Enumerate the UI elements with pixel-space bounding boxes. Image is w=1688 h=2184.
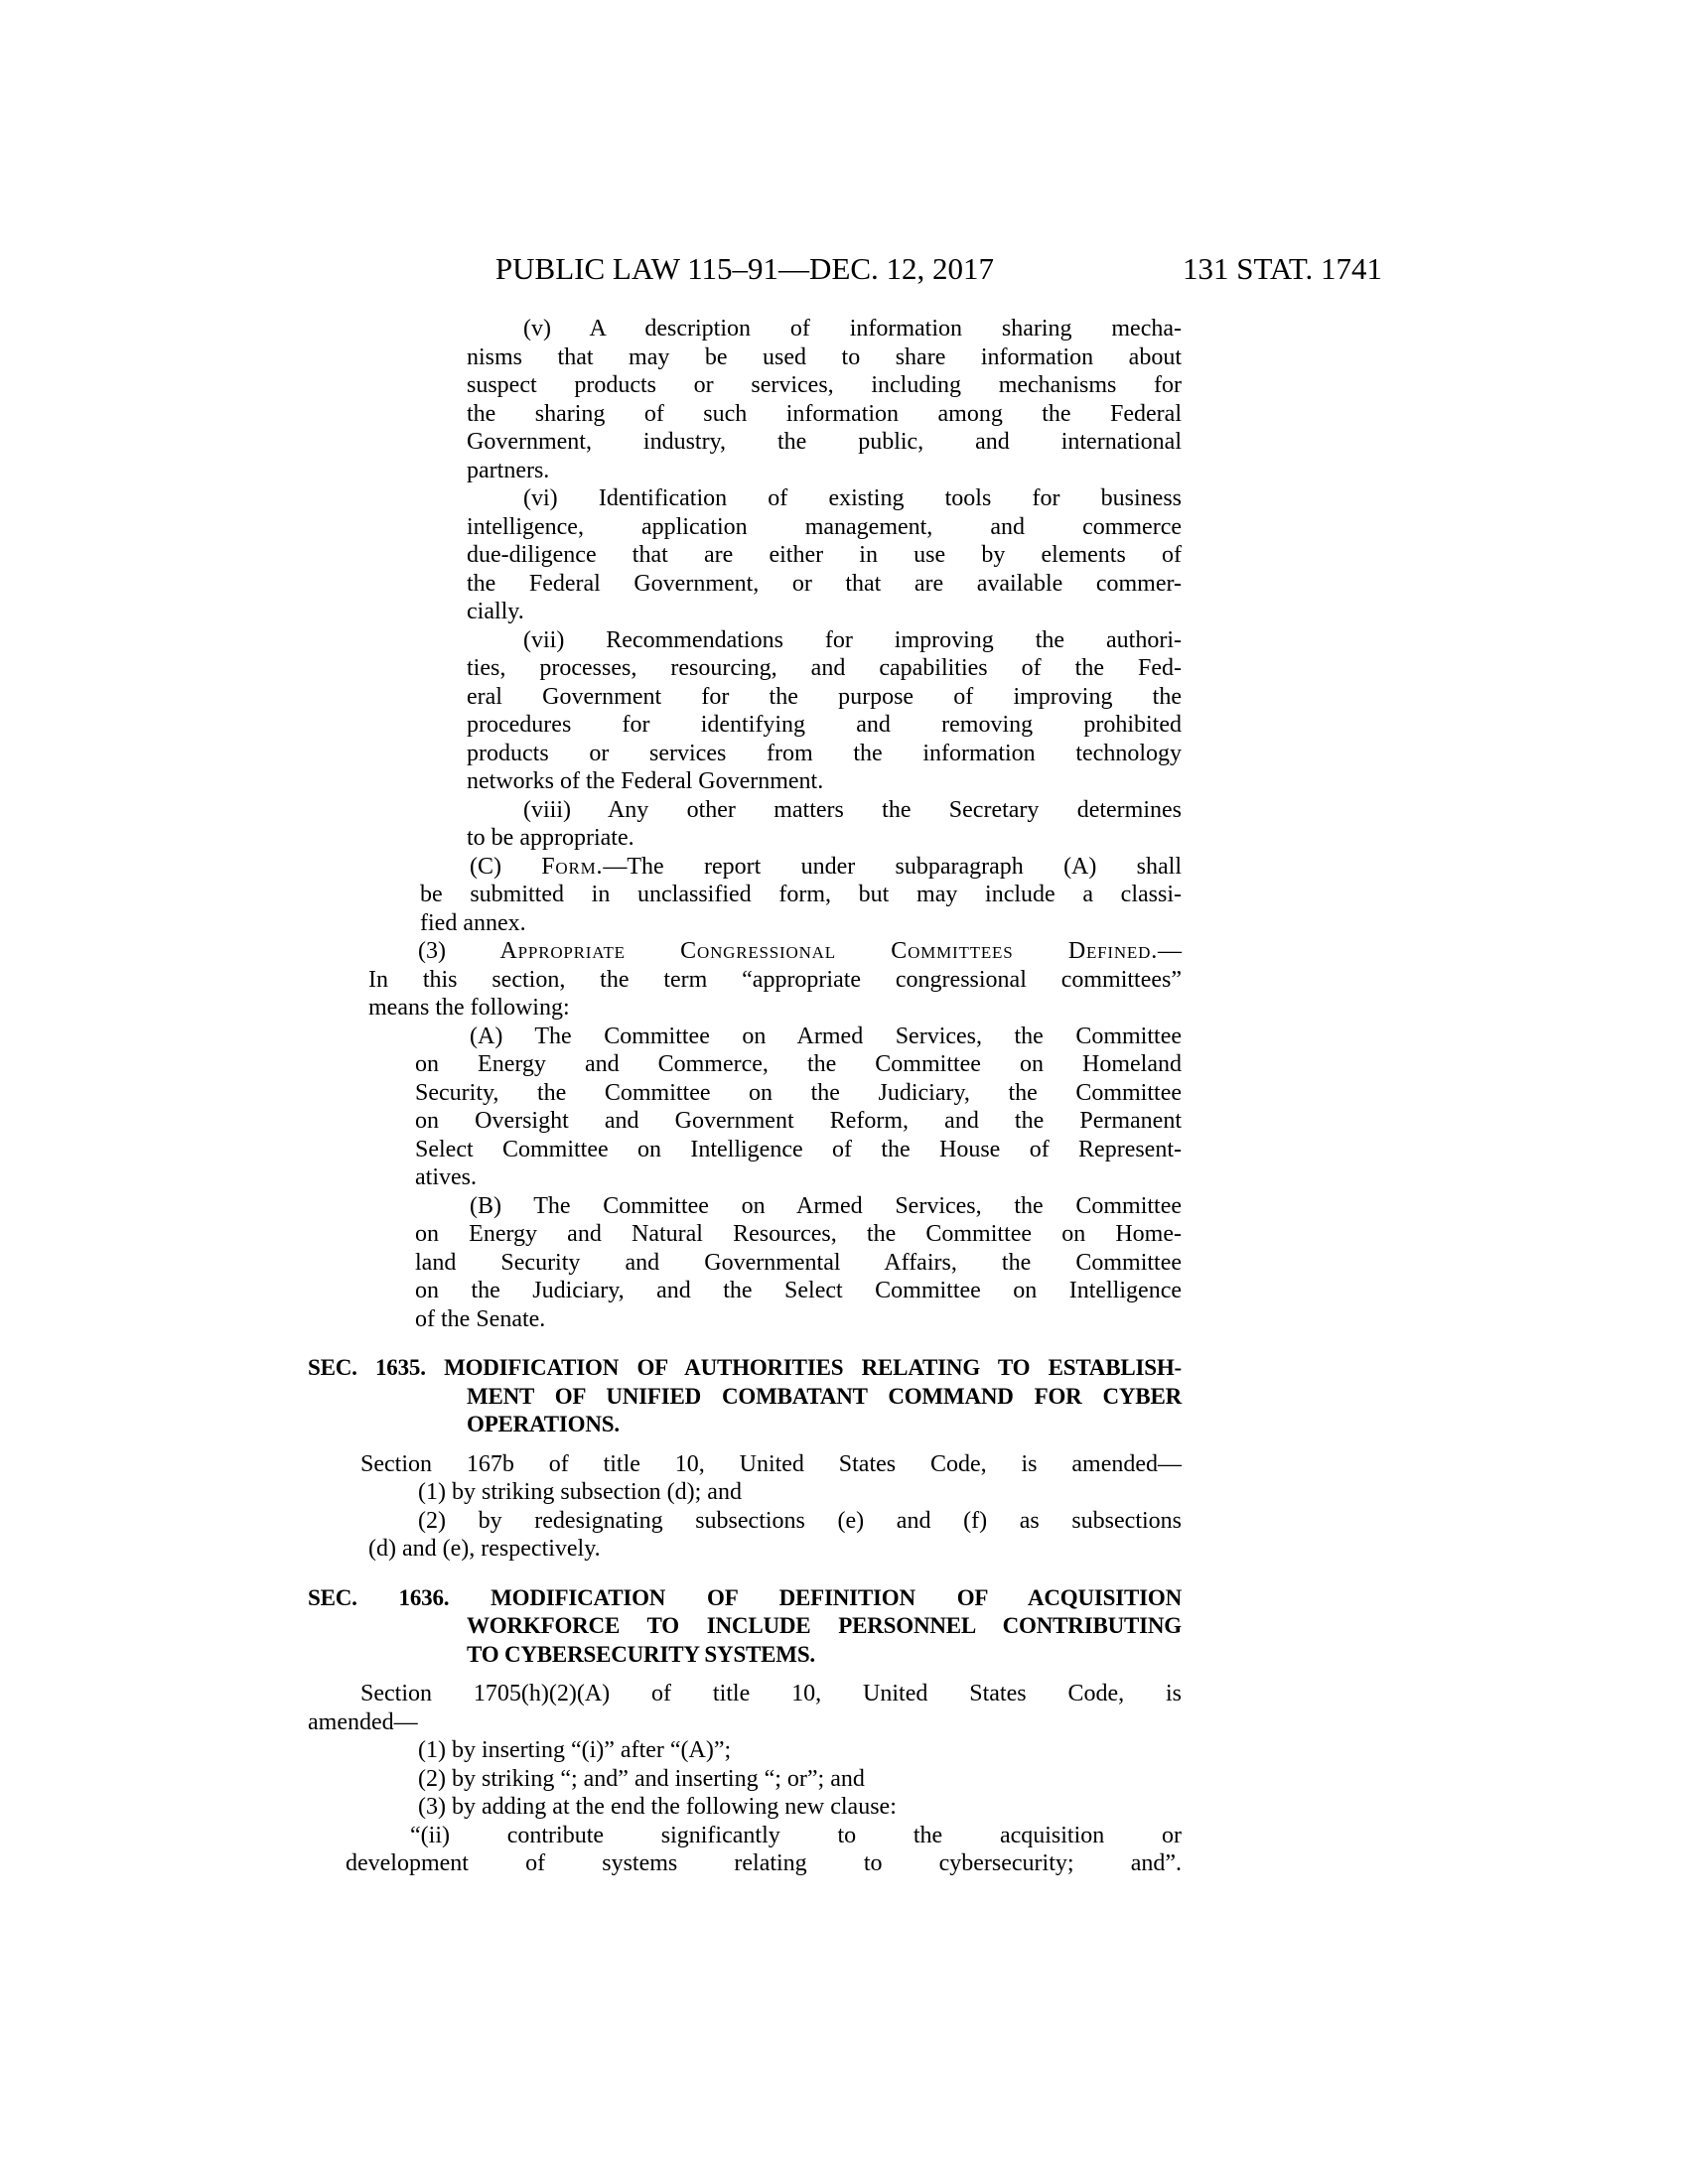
text-line: products or services from the informatio… [467, 740, 1182, 768]
para-subpara-B-senate: (B) The Committee on Armed Services, the… [415, 1192, 1182, 1334]
small-caps-term: Appropriate Congressional Committees Def… [500, 938, 1158, 964]
text-line: (vi) Identification of existing tools fo… [467, 484, 1182, 513]
text-line: the sharing of such information among th… [467, 400, 1182, 429]
text-line: cially. [467, 598, 1182, 626]
text-line: (B) The Committee on Armed Services, the… [415, 1192, 1182, 1221]
text-line: (1) by striking subsection (d); and [368, 1478, 1182, 1507]
text-line: Select Committee on Intelligence of the … [415, 1136, 1182, 1164]
text-line: MENT OF UNIFIED COMBATANT COMMAND FOR CY… [467, 1383, 1182, 1412]
text-line: ties, processes, resourcing, and capabil… [467, 654, 1182, 683]
page-title: PUBLIC LAW 115–91—DEC. 12, 2017 [308, 252, 1182, 286]
text-line: due-diligence that are either in use by … [467, 541, 1182, 570]
text-line: (vii) Recommendations for improving the … [467, 626, 1182, 655]
text-line: be submitted in unclassified form, but m… [420, 881, 1182, 909]
text-line: SEC. 1636. MODIFICATION OF DEFINITION OF… [308, 1584, 1182, 1613]
text-line: (A) The Committee on Armed Services, the… [415, 1023, 1182, 1051]
text-line: eral Government for the purpose of impro… [467, 683, 1182, 712]
text-line: (3) Appropriate Congressional Committees… [368, 937, 1182, 966]
text-line: Section 1705(h)(2)(A) of title 10, Unite… [308, 1680, 1182, 1708]
text-line: (v) A description of information sharing… [467, 315, 1182, 343]
text-line: (d) and (e), respectively. [368, 1535, 1182, 1564]
text-line: TO CYBERSECURITY SYSTEMS. [467, 1641, 1182, 1670]
running-head: PUBLIC LAW 115–91—DEC. 12, 2017 131 STAT… [308, 252, 1382, 292]
text-line: suspect products or services, including … [467, 371, 1182, 400]
text-line: of the Senate. [415, 1305, 1182, 1334]
para-clause-v: (v) A description of information sharing… [467, 315, 1182, 484]
text-line: (2) by redesignating subsections (e) and… [368, 1507, 1182, 1536]
text-line: means the following: [368, 994, 1182, 1023]
para-subpara-C-form: (C) Form.—The report under subparagraph … [420, 853, 1182, 938]
text-line: WORKFORCE TO INCLUDE PERSONNEL CONTRIBUT… [467, 1612, 1182, 1641]
text-line: networks of the Federal Government. [467, 767, 1182, 796]
para-3-committees-defined: (3) Appropriate Congressional Committees… [368, 937, 1182, 1023]
sec-1635-heading: SEC. 1635. MODIFICATION OF AUTHORITIES R… [467, 1354, 1182, 1439]
sec-1636-item-3: (3) by adding at the end the following n… [368, 1793, 1182, 1822]
text-line: (C) Form.—The report under subparagraph … [420, 853, 1182, 882]
text-line: (viii) Any other matters the Secretary d… [467, 796, 1182, 825]
text-line: Government, industry, the public, and in… [467, 428, 1182, 457]
text-line: on Energy and Natural Resources, the Com… [415, 1220, 1182, 1249]
para-clause-viii: (viii) Any other matters the Secretary d… [467, 796, 1182, 853]
sec-1636-heading: SEC. 1636. MODIFICATION OF DEFINITION OF… [467, 1584, 1182, 1670]
text-line: on the Judiciary, and the Select Committ… [415, 1277, 1182, 1305]
text-line: intelligence, application management, an… [467, 513, 1182, 542]
text-line: partners. [467, 457, 1182, 485]
text-line: In this section, the term “appropriate c… [368, 966, 1182, 995]
text-line: (3) by adding at the end the following n… [368, 1793, 1182, 1822]
statute-page: PUBLIC LAW 115–91—DEC. 12, 2017 131 STAT… [0, 0, 1688, 2184]
statute-text-column: (v) A description of information sharing… [308, 315, 1182, 1878]
text-line: OPERATIONS. [467, 1411, 1182, 1439]
para-clause-vi: (vi) Identification of existing tools fo… [467, 484, 1182, 626]
statute-page-number: 131 STAT. 1741 [1183, 252, 1382, 286]
text-line: “(ii) contribute significantly to the ac… [346, 1822, 1182, 1850]
sec-1635-intro: Section 167b of title 10, United States … [308, 1450, 1182, 1479]
text-line: amended— [308, 1708, 1182, 1737]
text-line: development of systems relating to cyber… [346, 1849, 1182, 1878]
text-line: nisms that may be used to share informat… [467, 343, 1182, 372]
sec-1636-intro: Section 1705(h)(2)(A) of title 10, Unite… [308, 1680, 1182, 1736]
text-line: atives. [415, 1163, 1182, 1192]
text-line: the Federal Government, or that are avai… [467, 570, 1182, 599]
small-caps-term: Form. [541, 854, 603, 880]
sec-1635-item-1: (1) by striking subsection (d); and [368, 1478, 1182, 1507]
text-line: (2) by striking “; and” and inserting “;… [368, 1765, 1182, 1794]
para-clause-vii: (vii) Recommendations for improving the … [467, 626, 1182, 796]
sec-1635-item-2: (2) by redesignating subsections (e) and… [368, 1507, 1182, 1564]
text-line: SEC. 1635. MODIFICATION OF AUTHORITIES R… [308, 1354, 1182, 1383]
text-line: procedures for identifying and removing … [467, 711, 1182, 740]
text-line: Security, the Committee on the Judiciary… [415, 1079, 1182, 1108]
text-line: on Energy and Commerce, the Committee on… [415, 1050, 1182, 1079]
text-line: fied annex. [420, 909, 1182, 938]
text-line: on Oversight and Government Reform, and … [415, 1107, 1182, 1136]
text-line: (1) by inserting “(i)” after “(A)”; [368, 1736, 1182, 1765]
text-line: Section 167b of title 10, United States … [308, 1450, 1182, 1479]
para-subpara-A-house: (A) The Committee on Armed Services, the… [415, 1023, 1182, 1192]
text-line: land Security and Governmental Affairs, … [415, 1249, 1182, 1278]
text-line: to be appropriate. [467, 824, 1182, 853]
sec-1636-quoted-clause-ii: “(ii) contribute significantly to the ac… [346, 1822, 1182, 1878]
sec-1636-item-2: (2) by striking “; and” and inserting “;… [368, 1765, 1182, 1794]
sec-1636-item-1: (1) by inserting “(i)” after “(A)”; [368, 1736, 1182, 1765]
